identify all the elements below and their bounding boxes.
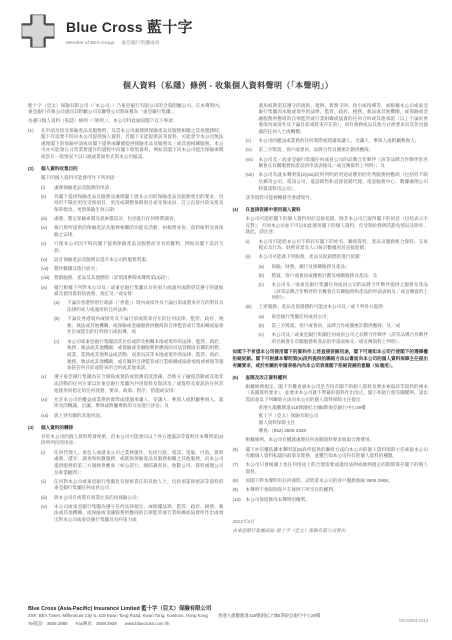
item-number: (ii) (246, 254, 251, 261)
list-item: (vii)製作數據及進行研究； (28, 266, 224, 273)
text-content: 在直接促銷中使用個人資料 (246, 207, 301, 212)
section-heading: (3)個人資料的轉移 (28, 425, 224, 432)
tagline-en: Member of BEA Group (66, 41, 114, 46)
text-content: 任何對本公司或東亞銀行集團負有保密責任的其他人士，包括承諾保密該等資料的東亞銀行… (54, 479, 224, 491)
paragraph: 根據條例規定，閣下有權查詢本公司是否持有閣下的個人資料及要求索取該等資料的複本（… (233, 384, 429, 404)
text-content: 閣下亦有權依據本聲明第(5)段所提供的聯絡方法向本公司的個人資料保障主任索取本公… (246, 447, 429, 459)
item-number: (iii) (246, 304, 252, 311)
text-content: 東亞銀行集團任何成員公司； (272, 314, 332, 319)
text-content: 執行與所提供的保險產品及服務相關的功能及活動，如核實身份、資料核對及再保險之安排… (54, 225, 224, 237)
text-content: 香港九龍觀塘道418號創紀之城5期東亞銀行中心29樓 (259, 405, 366, 410)
text-content: 本公司及／或東亞銀行集團任何成員公司的品牌合作夥伴（該等品牌合作夥伴的名稱會在有… (259, 157, 429, 169)
list-item: (xi)允許本公司的權益或業務的實際或建議承讓人、受讓人、參與人或附屬參與人，就… (28, 397, 224, 410)
list-item: (8)如閣下對本聲明有任何詢問，請致電本公司的客戶服務熱線 3608 2988。 (233, 478, 429, 485)
text-content: 本公司或東亞銀行集團為遵守任何法律規定、或根據法律、監管、政府、稅務、執法或其他… (54, 504, 224, 522)
text-content: 本公司的權益或業務的任何實際或建議承讓人、受讓人、參與人或附屬參與人； (259, 138, 420, 143)
text-content: 傳真：(852) 3608 2938 (259, 428, 307, 433)
text-content: 本公司保留修改本聲明的權利。 (246, 497, 310, 502)
item-number: (iii) (41, 216, 47, 223)
paragraph: 藍十字（亞太）保險有限公司（「本公司」）乃東亞銀行有限公司的全資附屬公司。在本聲… (28, 103, 224, 116)
text-content: 設計保險產品及服務以提升本公司的服務質素； (54, 257, 150, 262)
item-number: (2) (28, 166, 34, 173)
paragraph: 閣下的個人資料可能會用作下列用途： (28, 175, 224, 182)
text-content: 查閱及改正資料權利 (246, 375, 287, 380)
item-number: (7) (233, 462, 239, 469)
item-number: (6) (233, 447, 239, 454)
address-line: 藍十字（亞太）保險有限公司 (233, 413, 429, 420)
item-number: (10) (233, 497, 241, 504)
text-content: 藍十字（亞太）保險有限公司 (259, 413, 319, 418)
list-item: (vi)第三方獎賞、客戶或會員、品牌合作及優惠計劃供應商； (233, 147, 429, 154)
list-item: (6)閣下亦有權依據本聲明第(5)段所提供的聯絡方法向本公司的個人資料保障主任索… (233, 447, 429, 460)
document-page: Blue Cross藍十字 Member of BEA Group東亞銀行集團成… (0, 0, 452, 640)
list-item: (7)本公司只會根據上述任何用途上的合理需要或適用法例或條例規定的期間保存閣下的… (233, 462, 429, 475)
item-number: (vii) (41, 266, 48, 273)
paragraph: 本公司可能把閣下的個人資料用於直接促銷，除非本公司已取得閣下的同意（包括表示不反… (233, 216, 429, 236)
list-item: (iii)處理、釐定保險索償及就索償追討，包括進行任何附帶調查； (28, 216, 224, 223)
footer-address-zh: 香港九龍觀塘道418號創紀之城5期東亞銀行中心29樓 (218, 613, 320, 618)
list-item: (viii)營銷服務、產品及其他標的（詳情請參閱本聲明第(4)段）； (28, 275, 224, 282)
item-number: (viii) (41, 275, 49, 282)
list-item: (x)遵守東亞銀行集團為符合制裁或預防或偵測清洗黑錢、恐怖分子融資活動或其他非法… (28, 374, 224, 394)
list-item: (ii)本公司可能就下列服務、產品及促銷標的進行促銷： (233, 254, 429, 261)
list-item: (c)本公司及／或東亞銀行集團任何成員公司之品牌合作夥伴（該等品牌合作夥伴的名稱… (233, 332, 429, 345)
text-content: 第三方獎賞、客戶或會員、品牌合作或優惠計劃供應商；及／或 (272, 323, 401, 328)
address-line: 香港九龍觀塘道418號創紀之城5期東亞銀行中心29樓 (233, 405, 429, 412)
section-heading: (5)查閱及改正資料權利 (233, 375, 429, 382)
text-content: 藍十字（亞太）保險有限公司（「本公司」）乃東亞銀行有限公司的全資附屬公司。在本聲… (28, 103, 224, 115)
list-item: (b)獎賞、客戶或會員或優惠計劃及相關服務及產品；及 (233, 273, 429, 280)
footer-fax: Fax傳真：3608 2938 (76, 621, 117, 626)
item-number: (c) (259, 332, 264, 339)
item-number: (b) (259, 323, 265, 330)
text-content: 本聲明不會限制客戶在條例下所享有的權利。 (246, 487, 338, 492)
list-item: (a)保險、財務、銀行及相關服務及產品； (233, 264, 429, 271)
brand-name-zh: 藍十字 (147, 19, 193, 36)
item-number: (ii) (41, 479, 46, 486)
list-item: (iv)本公司或東亞銀行集團為遵守任何法律規定、或根據法律、監管、政府、稅務、執… (28, 504, 224, 524)
text-content: 本公司及／或東亞銀行集團任何成員公司之品牌合作夥伴（該等品牌合作夥伴的名稱會在有… (272, 332, 429, 344)
item-number: (9) (233, 487, 239, 494)
item-number: (iv) (41, 225, 47, 232)
list-item: (vii)本公司及／或東亞銀行集團任何成員公司的品牌合作夥伴（該等品牌合作夥伴的… (233, 157, 429, 170)
item-number: (a) (259, 264, 265, 271)
text-content: 本公司或東亞銀行集團因其位於或涉及相關本地或境外的法律、監管、政府、稅務、執法或… (67, 339, 224, 370)
paragraph: 如閣下不希望本公司使用閣下的資料作上述直接促銷用途，閣下可通知本公司行使閣下的選… (233, 349, 429, 369)
text-content: 個人資料保障主任 (259, 420, 296, 425)
list-item: (iii)與本公司有或將有商業往來的再保險公司； (28, 495, 224, 502)
item-number: (iii) (41, 495, 47, 502)
text-content: 行使本公司因不時向閣下提供保險產品及服務而享有的權利，例如向閣下追討欠款； (54, 241, 224, 253)
list-item: (v)本公司的權益或業務的任何實際或建議承讓人、受讓人、參與人或附屬參與人； (233, 138, 429, 145)
list-item: (i)本公司可能把本公司不時持有閣下的姓名、聯絡資料、產品及服務組合資料、交易模… (233, 239, 429, 252)
item-number: (5) (233, 375, 239, 382)
item-number: (c) (54, 339, 59, 346)
text-content: 根據條例規定，閣下有權查詢本公司是否持有閣下的個人資料及要求索取該等資料的複本（… (246, 384, 429, 402)
text-content: 為遵守個人資料（私隱）條例（「條例」），本公司特此通知閣下以下事項： (28, 118, 177, 123)
paragraph: 該等資料可能被轉移至香港境外。 (233, 195, 429, 202)
issuance-line: 2013年4月 (233, 519, 429, 526)
brand-block: Blue Cross藍十字 Member of BEA Group東亞銀行集團成… (66, 16, 193, 46)
item-number: (c) (259, 282, 264, 289)
item-number: (8) (233, 478, 239, 485)
item-number: (i) (246, 239, 250, 246)
brand-name-en: Blue Cross (66, 19, 143, 35)
item-number: (xi) (41, 397, 47, 404)
item-number: (a) (259, 314, 265, 321)
footer-website: www.bluecross.com.hk (125, 621, 170, 626)
text-content: 個人資料收集目的 (41, 166, 78, 171)
paragraph: 適用或期望其遵守的規則、規例、實務守則、指引或指導等，或根據本公司或東亞銀行集團… (233, 103, 429, 136)
list-item: (ii)任何對本公司或東亞銀行集團負有保密責任的其他人士，包括承諾保密該等資料的… (28, 479, 224, 492)
text-content: 如閣下對本聲明有任何詢問，請致電本公司的客戶服務熱線 3608 2988。 (246, 478, 393, 483)
document-body: 藍十字（亞太）保險有限公司（「本公司」）乃東亞銀行有限公司的全資附屬公司。在本聲… (28, 100, 428, 578)
issuance-line: 由東亞銀行集團成員–藍十字（亞太）保險有限公司發出 (233, 528, 429, 535)
text-content: 適用或期望其遵守的規則、規例、實務守則、指引或指導等，或根據本公司或東亞銀行集團… (259, 103, 429, 134)
section-heading: (2)個人資料收集目的 (28, 166, 224, 173)
text-content: 根據條例，本公司有權就處理任何查閱資料要求收取合理費用。 (246, 437, 375, 442)
text-content: 任何代理人、承包人或就本公司之業務運作，包括行政、電訊、電腦、付款、資料處理、儲… (54, 450, 224, 475)
list-item: (viii)本公司為就本聲明第(2)(viii)段所列明的用途而聘用的外判服務供… (233, 172, 429, 192)
text-content: 不論於香港境內或境外及不論目前或將來存在的任何法律、監管、政府、稅務、執法或其他… (67, 316, 224, 334)
footer-tel: Tel電話：3608 2888 (28, 621, 68, 626)
right-column: 適用或期望其遵守的規則、規例、實務守則、指引或指導等，或根據本公司或東亞銀行集團… (233, 100, 429, 578)
footer-company-name: Blue Cross (Asia-Pacific) Insurance Limi… (28, 604, 428, 612)
list-item: (b)第三方獎賞、客戶或會員、品牌合作或優惠計劃供應商；及／或 (233, 323, 429, 330)
list-item: (iv)執行與所提供的保險產品及服務相關的功能及活動，如核實身份、資料核對及再保… (28, 225, 224, 238)
text-content: 為閣下提供保險產品及服務及處理閣下就本公司的保險產品及服務發出的要求，包括但不限… (54, 194, 224, 212)
list-item: (iii)上述服務、產品及促銷標的可能由本公司及／或下列各方提供： (233, 304, 429, 311)
list-item: (b)不論於香港境內或境外及不論目前或將來存在的任何法律、監管、政府、稅務、執法… (28, 316, 224, 336)
list-item: (ix)履行根據下列對本公司及／或東亞銀行集團具有約束力或適用或期望其遵守的就披… (28, 285, 224, 298)
paragraph: 根據條例，本公司有權就處理任何查閱資料要求收取合理費用。 (233, 437, 429, 444)
text-content: 處理保險產品及服務的申請； (54, 185, 114, 190)
footer: Blue Cross (Asia-Pacific) Insurance Limi… (28, 604, 428, 627)
item-number: (iv) (41, 504, 47, 511)
list-item: (a)不論於香港特別行政區（「香港」）境內或境外及不論目前或將來存在的對其具法律… (28, 300, 224, 313)
address-line: 個人資料保障主任 (233, 420, 429, 427)
list-item: (i)任何代理人、承包人或就本公司之業務運作，包括行政、電訊、電腦、付款、資料處… (28, 450, 224, 476)
list-item: (c)本公司或東亞銀行集團因其位於或涉及相關本地或境外的法律、監管、政府、稅務、… (28, 339, 224, 372)
text-content: 2013年4月 (233, 519, 255, 524)
list-item: (i)處理保險產品及服務的申請； (28, 185, 224, 192)
list-item: (v)行使本公司因不時向閣下提供保險產品及服務而享有的權利，例如向閣下追討欠款； (28, 241, 224, 254)
item-number: (i) (41, 185, 45, 192)
text-content: 與上述有關的其他用途。 (54, 413, 105, 418)
text-content: 不論於香港特別行政區（「香港」）境內或境外及不論目前或將來存在的對其具法律約束力… (67, 300, 224, 312)
item-number: (i) (41, 450, 45, 457)
item-number: (vii) (246, 157, 253, 164)
text-content: 該等資料可能被轉移至香港境外。 (246, 195, 315, 200)
item-number: (v) (246, 138, 251, 145)
text-content: 本公司只會根據上述任何用途上的合理需要或適用法例或條例規定的期間保存閣下的個人資… (246, 462, 429, 474)
list-item: (1)在申請及接受保險產品及服務時，及當本公司處理與保險產品及服務相關之其他服務… (28, 128, 224, 161)
text-content: 處理、釐定保險索償及就索償追討，包括進行任何附帶調查； (54, 216, 178, 221)
blue-cross-logo-icon (19, 12, 57, 50)
item-number: (viii) (246, 172, 254, 179)
footer-contact: Tel電話：3608 2888Fax傳真：3608 2938www.bluecr… (28, 621, 428, 627)
list-item: (c)本公司及／或東亞銀行集團任何成員公司的品牌合作夥伴提供之服務及產品（該等品… (233, 282, 429, 302)
left-column: 藍十字（亞太）保險有限公司（「本公司」）乃東亞銀行有限公司的全資附屬公司。在本聲… (28, 100, 224, 578)
text-content: 遵守東亞銀行集團為符合制裁或預防或偵測清洗黑錢、恐怖分子融資活動或其他非法活動的… (54, 374, 224, 392)
header: Blue Cross藍十字 Member of BEA Group東亞銀行集團成… (19, 12, 428, 50)
list-item: (ii)為閣下提供保險產品及服務及處理閣下就本公司的保險產品及服務發出的要求，包… (28, 194, 224, 214)
brand-tagline: Member of BEA Group東亞銀行集團成員 (66, 39, 193, 46)
text-content: 製作數據及進行研究； (54, 266, 100, 271)
text-content: 上述服務、產品及促銷標的可能由本公司及／或下列各方提供： (259, 304, 388, 309)
address-line: 傳真：(852) 3608 2938 (233, 428, 429, 435)
text-content: 本公司為就本聲明第(2)(viii)段所列明的用途而聘用的外判服務供應商（包括但… (259, 172, 429, 190)
document-title: 個人資料（私隱）條例 - 收集個人資料聲明（「本聲明」） (28, 80, 428, 91)
text-content: 閣下的個人資料可能會用作下列用途： (41, 175, 119, 180)
text-content: 本公司可能把閣下的個人資料用於直接促銷，除非本公司已取得閣下的同意（包括表示不反… (246, 216, 429, 234)
paragraph: 為遵守個人資料（私隱）條例（「條例」），本公司特此通知閣下以下事項： (28, 118, 224, 125)
text-content: 營銷服務、產品及其他標的（詳情請參閱本聲明第(4)段）； (54, 275, 172, 280)
tagline-zh: 東亞銀行集團成員 (121, 41, 159, 46)
text-content: 本公司及／或東亞銀行集團任何成員公司的品牌合作夥伴提供之服務及產品（該等品牌合作… (272, 282, 429, 300)
list-item: (10)本公司保留修改本聲明的權利。 (233, 497, 429, 504)
text-content: 與本公司有或將有商業往來的再保險公司； (54, 495, 141, 500)
item-number: (ii) (41, 194, 46, 201)
text-content: 由東亞銀行集團成員–藍十字（亞太）保險有限公司發出 (233, 528, 346, 533)
text-content: 個人資料的轉移 (41, 425, 73, 430)
footer-address: 29/F, BEA Tower, Millennium City 5, 418 … (28, 613, 428, 619)
item-number: (vi) (41, 257, 47, 264)
footer-address-en: 29/F, BEA Tower, Millennium City 5, 418 … (28, 613, 208, 618)
list-item: (vi)設計保險產品及服務以提升本公司的服務質素； (28, 257, 224, 264)
text-content: 允許本公司的權益或業務的實際或建議承讓人、受讓人、參與人或附屬參與人，就涉及的轉… (54, 397, 224, 409)
item-number: (xii) (41, 413, 48, 420)
item-number: (ix) (41, 285, 47, 292)
item-number: (x) (41, 374, 46, 381)
item-number: (v) (41, 241, 46, 248)
text-content: 在申請及接受保險產品及服務時，及當本公司處理與保險產品及服務相關之其他服務時，閣… (41, 128, 224, 159)
text-content: 本公司可能把本公司不時持有閣下的姓名、聯絡資料、產品及服務組合資料、交易模式及行… (259, 239, 429, 251)
text-content: 存於本公司的個人資料將會保密，但本公司可能會向以下各方透露該等資料作本聲明第(2… (41, 434, 224, 446)
item-number: (1) (28, 128, 34, 135)
section-heading: (4)在直接促銷中使用個人資料 (233, 207, 429, 214)
item-number: (b) (54, 316, 60, 323)
text-content: 獎賞、客戶或會員或優惠計劃及相關服務及產品；及 (272, 273, 378, 278)
list-item: (xii)與上述有關的其他用途。 (28, 413, 224, 420)
list-item: (a)東亞銀行集團任何成員公司； (233, 314, 429, 321)
item-number: (3) (28, 425, 34, 432)
item-number: (a) (54, 300, 60, 307)
document-code: MC22904-2013 (399, 618, 428, 623)
item-number: (vi) (246, 147, 252, 154)
text-content: 履行根據下列對本公司及／或東亞銀行集團具有約束力或適用或期望其遵守的就披露及使用… (54, 285, 224, 297)
item-number: (b) (259, 273, 265, 280)
text-content: 如閣下不希望本公司使用閣下的資料作上述直接促銷用途，閣下可通知本公司行使閣下的選… (233, 349, 429, 367)
list-item: (9)本聲明不會限制客戶在條例下所享有的權利。 (233, 487, 429, 494)
brand-name: Blue Cross藍十字 (66, 16, 193, 37)
item-number: (4) (233, 207, 239, 214)
text-content: 本公司可能就下列服務、產品及促銷標的進行促銷： (259, 254, 365, 259)
paragraph: 存於本公司的個人資料將會保密，但本公司可能會向以下各方透露該等資料作本聲明第(2… (28, 434, 224, 447)
text-content: 第三方獎賞、客戶或會員、品牌合作及優惠計劃供應商； (259, 147, 374, 152)
text-content: 保險、財務、銀行及相關服務及產品； (272, 264, 350, 269)
